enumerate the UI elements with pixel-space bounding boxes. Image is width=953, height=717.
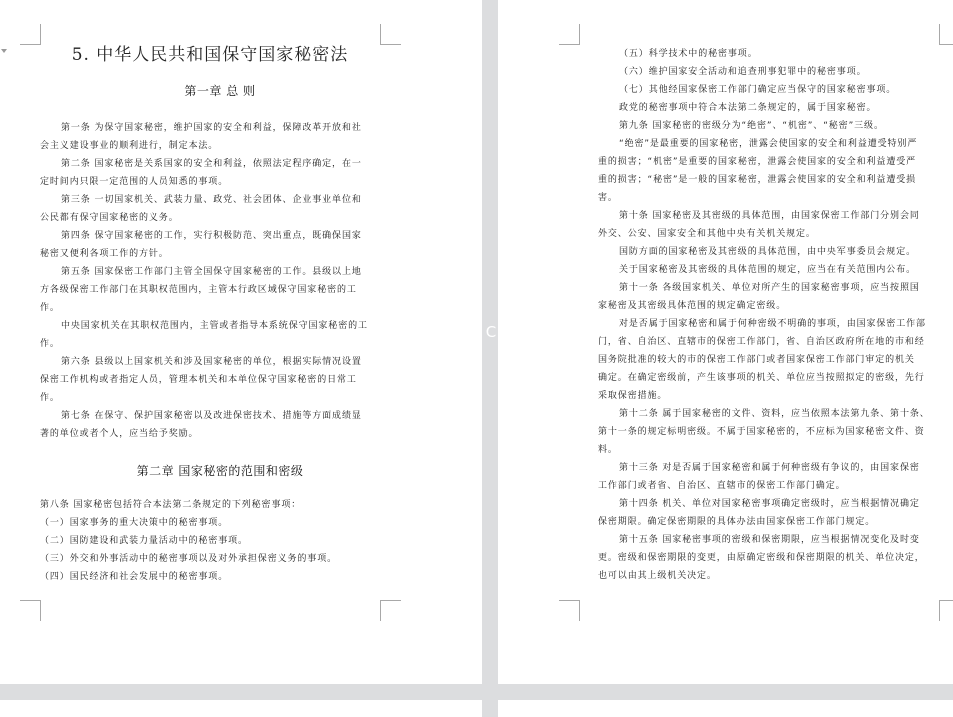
paragraph-line: 也可以由其上级机关决定。 <box>598 567 940 585</box>
paragraph-line: 公民都有保守国家秘密的义务。 <box>40 209 382 227</box>
paragraph-line: 第三条 一切国家机关、武装力量、政党、社会团体、企业事业单位和 <box>40 191 382 209</box>
paragraph-line: 中央国家机关在其职权范围内，主管或者指导本系统保守国家秘密的工 <box>40 317 382 335</box>
paragraph-line: 害。 <box>598 189 940 207</box>
paragraph-line: 对是否属于国家秘密和属于何种密级不明确的事项，由国家保密工作部 <box>598 315 940 333</box>
paragraph-line: 第六条 县级以上国家机关和涉及国家秘密的单位，根据实际情况设置 <box>40 353 382 371</box>
paragraph-line: 作。 <box>40 389 382 407</box>
paragraph-line: 料。 <box>598 441 940 459</box>
next-page-top <box>0 700 953 717</box>
crop-mark-bottom-right-icon <box>380 600 401 621</box>
paragraph-line: 第四条 保守国家秘密的工作，实行积极防范、突出重点，既确保国家 <box>40 227 382 245</box>
paragraph-line: （五）科学技术中的秘密事项。 <box>598 45 940 63</box>
paragraph-line: 著的单位或者个人，应当给予奖励。 <box>40 425 382 443</box>
paragraph-line: “绝密”是最重要的国家秘密，泄露会使国家的安全和利益遭受特别严 <box>598 135 940 153</box>
paragraph-line: 第十三条 对是否属于国家秘密和属于何种密级有争议的，由国家保密 <box>598 459 940 477</box>
paragraph-line: 重的损害；“机密”是重要的国家秘密，泄露会使国家的安全和利益遭受严 <box>598 153 940 171</box>
chapter-heading-1: 第一章 总 则 <box>40 82 400 99</box>
document-title: 5. 中华人民共和国保守国家秘密法 <box>40 40 380 65</box>
crop-mark-top-right-icon <box>939 24 953 45</box>
heading-collapse-triangle-icon[interactable] <box>1 49 7 53</box>
paragraph-line: 第十一条的规定标明密级。不属于国家秘密的，不应标为国家秘密文件、资 <box>598 423 940 441</box>
crop-mark-bottom-left-icon <box>559 600 580 621</box>
crop-mark-top-right-icon <box>380 24 401 45</box>
paragraph-line: 第五条 国家保密工作部门主管全国保守国家秘密的工作。县级以上地 <box>40 263 382 281</box>
crop-mark-top-left-icon <box>20 24 41 45</box>
paragraph-line: 秘密又便利各项工作的方针。 <box>40 245 382 263</box>
paragraph-line: （三）外交和外事活动中的秘密事项以及对外承担保密义务的事项。 <box>40 550 382 568</box>
paragraph-line: 保密期限。确定保密期限的具体办法由国家保密工作部门规定。 <box>598 513 940 531</box>
chapter-2-body: 第八条 国家秘密包括符合本法第二条规定的下列秘密事项：（一）国家事务的重大决策中… <box>40 496 382 586</box>
gutter-glyph: C <box>484 322 498 342</box>
right-page-body: （五）科学技术中的秘密事项。（六）维护国家安全活动和追查刑事犯罪中的秘密事项。（… <box>598 45 940 585</box>
page-gutter-horizontal <box>0 684 953 700</box>
paragraph-line: （四）国民经济和社会发展中的秘密事项。 <box>40 568 382 586</box>
paragraph-line: 更。密级和保密期限的变更，由原确定密级和保密期限的机关、单位决定， <box>598 549 940 567</box>
paragraph-line: 家秘密及其密级具体范围的规定确定密级。 <box>598 297 940 315</box>
paragraph-line: 第十条 国家秘密及其密级的具体范围，由国家保密工作部门分别会同 <box>598 207 940 225</box>
paragraph-line: 会主义建设事业的顺利进行，制定本法。 <box>40 137 382 155</box>
paragraph-line: 第十四条 机关、单位对国家秘密事项确定密级时，应当根据情况确定 <box>598 495 940 513</box>
paragraph-line: （七）其他经国家保密工作部门确定应当保守的国家秘密事项。 <box>598 81 940 99</box>
crop-mark-top-left-icon <box>559 24 580 45</box>
paragraph-line: 第七条 在保守、保护国家秘密以及改进保密技术、措施等方面成绩显 <box>40 407 382 425</box>
paragraph-line: （二）国防建设和武装力量活动中的秘密事项。 <box>40 532 382 550</box>
paragraph-line: 第一条 为保守国家秘密，维护国家的安全和利益，保障改革开放和社 <box>40 119 382 137</box>
paragraph-line: 国务院批准的较大的市的保密工作部门或者国家保密工作部门审定的机关 <box>598 351 940 369</box>
paragraph-line: 政党的秘密事项中符合本法第二条规定的，属于国家秘密。 <box>598 99 940 117</box>
chapter-heading-2: 第二章 国家秘密的范围和密级 <box>40 462 400 479</box>
paragraph-line: 定时间内只限一定范围的人员知悉的事项。 <box>40 173 382 191</box>
paragraph-line: 国防方面的国家秘密及其密级的具体范围，由中央军事委员会规定。 <box>598 243 940 261</box>
paragraph-line: 外交、公安、国家安全和其他中央有关机关规定。 <box>598 225 940 243</box>
paragraph-line: 方各级保密工作部门在其职权范围内，主管本行政区域保守国家秘密的工 <box>40 281 382 299</box>
crop-mark-bottom-right-icon <box>939 600 953 621</box>
paragraph-line: （六）维护国家安全活动和追查刑事犯罪中的秘密事项。 <box>598 63 940 81</box>
page-gutter-vertical <box>482 0 498 717</box>
paragraph-line: 作。 <box>40 299 382 317</box>
chapter-1-body: 第一条 为保守国家秘密，维护国家的安全和利益，保障改革开放和社会主义建设事业的顺… <box>40 119 382 443</box>
paragraph-line: 重的损害；“秘密”是一般的国家秘密，泄露会使国家的安全和利益遭受损 <box>598 171 940 189</box>
paragraph-line: （一）国家事务的重大决策中的秘密事项。 <box>40 514 382 532</box>
crop-mark-bottom-left-icon <box>20 600 41 621</box>
paragraph-line: 第八条 国家秘密包括符合本法第二条规定的下列秘密事项： <box>40 496 382 514</box>
paragraph-line: 第二条 国家秘密是关系国家的安全和利益，依照法定程序确定，在一 <box>40 155 382 173</box>
paragraph-line: 关于国家秘密及其密级的具体范围的规定，应当在有关范围内公布。 <box>598 261 940 279</box>
paragraph-line: 门，省、自治区、直辖市的保密工作部门，省、自治区政府所在地的市和经 <box>598 333 940 351</box>
paragraph-line: 保密工作机构或者指定人员，管理本机关和本单位保守国家秘密的日常工 <box>40 371 382 389</box>
paragraph-line: 确定。在确定密级前，产生该事项的机关、单位应当按照拟定的密级，先行 <box>598 369 940 387</box>
paragraph-line: 第十一条 各级国家机关、单位对所产生的国家秘密事项，应当按照国 <box>598 279 940 297</box>
paragraph-line: 采取保密措施。 <box>598 387 940 405</box>
paragraph-line: 第十五条 国家秘密事项的密级和保密期限，应当根据情况变化及时变 <box>598 531 940 549</box>
paragraph-line: 工作部门或者省、自治区、直辖市的保密工作部门确定。 <box>598 477 940 495</box>
paragraph-line: 作。 <box>40 335 382 353</box>
paragraph-line: 第十二条 属于国家秘密的文件、资料，应当依照本法第九条、第十条、 <box>598 405 940 423</box>
paragraph-line: 第九条 国家秘密的密级分为“绝密”、“机密”、“秘密”三级。 <box>598 117 940 135</box>
page-gutter-vertical-lower <box>482 700 498 717</box>
